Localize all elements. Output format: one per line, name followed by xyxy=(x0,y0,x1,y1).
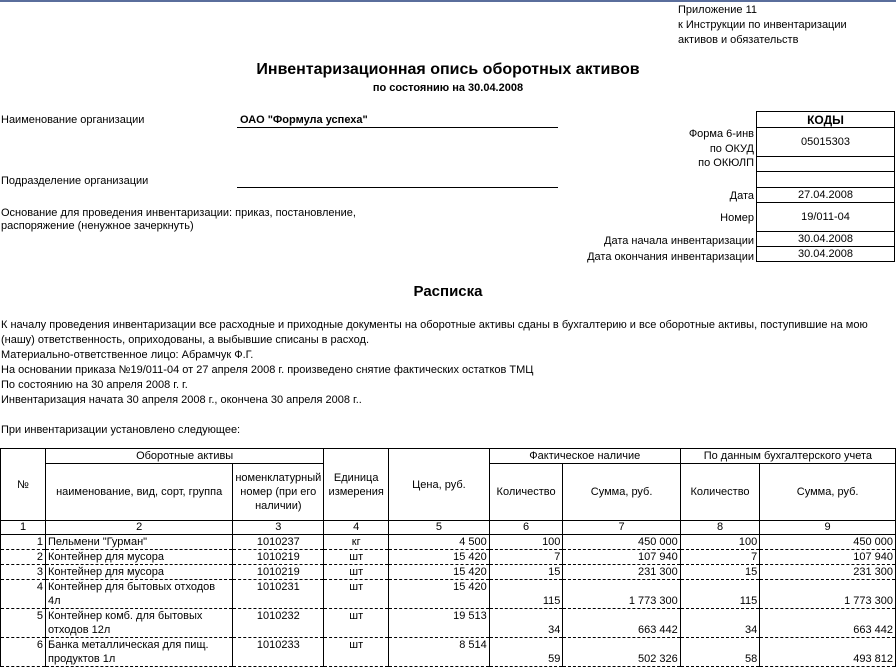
appendix-line: активов и обязательств xyxy=(678,33,847,48)
item-unit: шт xyxy=(324,565,389,580)
table-row[interactable]: 6Банка металлическая для пищ. продуктов … xyxy=(1,638,896,667)
book-qty: 7 xyxy=(680,550,759,565)
header-actual-group: Фактическое наличие xyxy=(489,449,680,464)
receipt-title: Расписка xyxy=(0,283,896,300)
actual-qty: 7 xyxy=(489,550,563,565)
item-price: 15 420 xyxy=(389,565,490,580)
column-number: 6 xyxy=(489,521,563,535)
document-subtitle: по состоянию на 30.04.2008 xyxy=(0,82,896,94)
header-book-sum: Сумма, руб. xyxy=(760,464,896,521)
blank-code[interactable] xyxy=(757,172,895,188)
codes-table: КОДЫ 05015303 27.04.2008 19/011-04 30.04… xyxy=(756,111,895,262)
column-number: 2 xyxy=(46,521,233,535)
item-price: 4 500 xyxy=(389,535,490,550)
item-name: Контейнер для мусора xyxy=(46,565,233,580)
appendix-note: Приложение 11 к Инструкции по инвентариз… xyxy=(678,3,847,48)
item-price: 15 420 xyxy=(389,550,490,565)
row-number: 4 xyxy=(1,580,46,609)
book-qty: 100 xyxy=(680,535,759,550)
column-number: 7 xyxy=(563,521,680,535)
document-title: Инвентаризационная опись оборотных актив… xyxy=(0,61,896,79)
book-qty: 15 xyxy=(680,565,759,580)
header-actual-qty: Количество xyxy=(489,464,563,521)
start-date-code[interactable]: 30.04.2008 xyxy=(757,232,895,247)
organization-name-label: Наименование организации xyxy=(1,114,144,126)
start-date-label: Дата начала инвентаризации xyxy=(604,235,754,247)
book-qty: 58 xyxy=(680,638,759,667)
item-code: 1010219 xyxy=(233,565,324,580)
book-sum: 1 773 300 xyxy=(760,580,896,609)
date-code[interactable]: 27.04.2008 xyxy=(757,188,895,203)
column-number: 5 xyxy=(389,521,490,535)
item-price: 8 514 xyxy=(389,638,490,667)
end-date-code[interactable]: 30.04.2008 xyxy=(757,247,895,262)
item-code: 1010232 xyxy=(233,609,324,638)
codes-header: КОДЫ xyxy=(757,112,895,128)
actual-sum: 231 300 xyxy=(563,565,680,580)
okpo-label: по ОКЮЛП xyxy=(698,157,754,169)
receipt-line: (нашу) ответственность, оприходованы, а … xyxy=(1,333,868,348)
window-top-border xyxy=(0,0,896,2)
inventory-table: № Оборотные активы Единица измерения Цен… xyxy=(0,448,896,667)
item-price: 15 420 xyxy=(389,580,490,609)
receipt-line: При инвентаризации установлено следующее… xyxy=(1,423,868,438)
receipt-line: Материально-ответственное лицо: Абрамчук… xyxy=(1,348,868,363)
item-unit: кг xyxy=(324,535,389,550)
table-row[interactable]: 5Контейнер комб. для бытовых отходов 12л… xyxy=(1,609,896,638)
header-book-qty: Количество xyxy=(680,464,759,521)
organization-name-value[interactable]: ОАО "Формула успеха" xyxy=(240,114,368,126)
okud-label: по ОКУД xyxy=(710,143,754,155)
table-row[interactable]: 3Контейнер для мусора1010219шт15 4201523… xyxy=(1,565,896,580)
date-label: Дата xyxy=(730,190,754,202)
item-unit: шт xyxy=(324,550,389,565)
header-assets-group: Оборотные активы xyxy=(46,449,324,464)
column-number: 9 xyxy=(760,521,896,535)
item-code: 1010233 xyxy=(233,638,324,667)
item-unit: шт xyxy=(324,609,389,638)
table-row[interactable]: 4Контейнер для бытовых отходов 4л1010231… xyxy=(1,580,896,609)
header-num: № xyxy=(1,449,46,521)
header-book-group: По данным бухгалтерского учета xyxy=(680,449,895,464)
receipt-line: На основании приказа №19/011-04 от 27 ап… xyxy=(1,363,868,378)
item-unit: шт xyxy=(324,638,389,667)
book-qty: 34 xyxy=(680,609,759,638)
book-sum: 107 940 xyxy=(760,550,896,565)
row-number: 6 xyxy=(1,638,46,667)
number-code[interactable]: 19/011-04 xyxy=(757,203,895,232)
book-sum: 493 812 xyxy=(760,638,896,667)
item-name: Пельмени "Гурман" xyxy=(46,535,233,550)
table-row[interactable]: 1Пельмени "Гурман"1010237кг4 500100450 0… xyxy=(1,535,896,550)
receipt-line-blank xyxy=(1,408,868,423)
column-number: 8 xyxy=(680,521,759,535)
book-qty: 115 xyxy=(680,580,759,609)
receipt-line: Инвентаризация начата 30 апреля 2008 г.,… xyxy=(1,393,868,408)
actual-sum: 1 773 300 xyxy=(563,580,680,609)
item-unit: шт xyxy=(324,580,389,609)
item-name: Контейнер для мусора xyxy=(46,550,233,565)
actual-sum: 450 000 xyxy=(563,535,680,550)
organization-name-underline xyxy=(237,127,558,128)
header-actual-sum: Сумма, руб. xyxy=(563,464,680,521)
table-row[interactable]: 2Контейнер для мусора1010219шт15 4207107… xyxy=(1,550,896,565)
receipt-line: К началу проведения инвентаризации все р… xyxy=(1,318,868,333)
basis-label-line1: Основание для проведения инвентаризации:… xyxy=(1,207,356,219)
header-unit: Единица измерения xyxy=(324,449,389,521)
actual-sum: 107 940 xyxy=(563,550,680,565)
actual-qty: 59 xyxy=(489,638,563,667)
receipt-text: К началу проведения инвентаризации все р… xyxy=(1,318,868,438)
form-label: Форма 6-инв xyxy=(689,128,754,140)
actual-qty: 15 xyxy=(489,565,563,580)
row-number: 1 xyxy=(1,535,46,550)
column-number: 1 xyxy=(1,521,46,535)
okpo-code[interactable] xyxy=(757,157,895,172)
actual-sum: 502 326 xyxy=(563,638,680,667)
basis-label-line2: распоряжение (ненужное зачеркнуть) xyxy=(1,220,194,232)
row-number: 2 xyxy=(1,550,46,565)
number-label: Номер xyxy=(720,212,754,224)
row-number: 5 xyxy=(1,609,46,638)
book-sum: 231 300 xyxy=(760,565,896,580)
item-name: Контейнер комб. для бытовых отходов 12л xyxy=(46,609,233,638)
column-number: 3 xyxy=(233,521,324,535)
item-name: Банка металлическая для пищ. продуктов 1… xyxy=(46,638,233,667)
header-price: Цена, руб. xyxy=(389,449,490,521)
header-nomenclature: номенклатурный номер (при его наличии) xyxy=(233,464,324,521)
book-sum: 450 000 xyxy=(760,535,896,550)
end-date-label: Дата окончания инвентаризации xyxy=(587,251,754,263)
appendix-line: Приложение 11 xyxy=(678,3,847,18)
item-code: 1010231 xyxy=(233,580,324,609)
row-number: 3 xyxy=(1,565,46,580)
division-label: Подразделение организации xyxy=(1,175,148,187)
actual-qty: 34 xyxy=(489,609,563,638)
item-price: 19 513 xyxy=(389,609,490,638)
item-code: 1010237 xyxy=(233,535,324,550)
book-sum: 663 442 xyxy=(760,609,896,638)
header-name: наименование, вид, сорт, группа xyxy=(46,464,233,521)
item-code: 1010219 xyxy=(233,550,324,565)
okud-code[interactable]: 05015303 xyxy=(757,128,895,157)
actual-qty: 100 xyxy=(489,535,563,550)
division-underline xyxy=(237,187,558,188)
appendix-line: к Инструкции по инвентаризации xyxy=(678,18,847,33)
actual-sum: 663 442 xyxy=(563,609,680,638)
item-name: Контейнер для бытовых отходов 4л xyxy=(46,580,233,609)
column-number: 4 xyxy=(324,521,389,535)
actual-qty: 115 xyxy=(489,580,563,609)
receipt-line: По состоянию на 30 апреля 2008 г. г. xyxy=(1,378,868,393)
